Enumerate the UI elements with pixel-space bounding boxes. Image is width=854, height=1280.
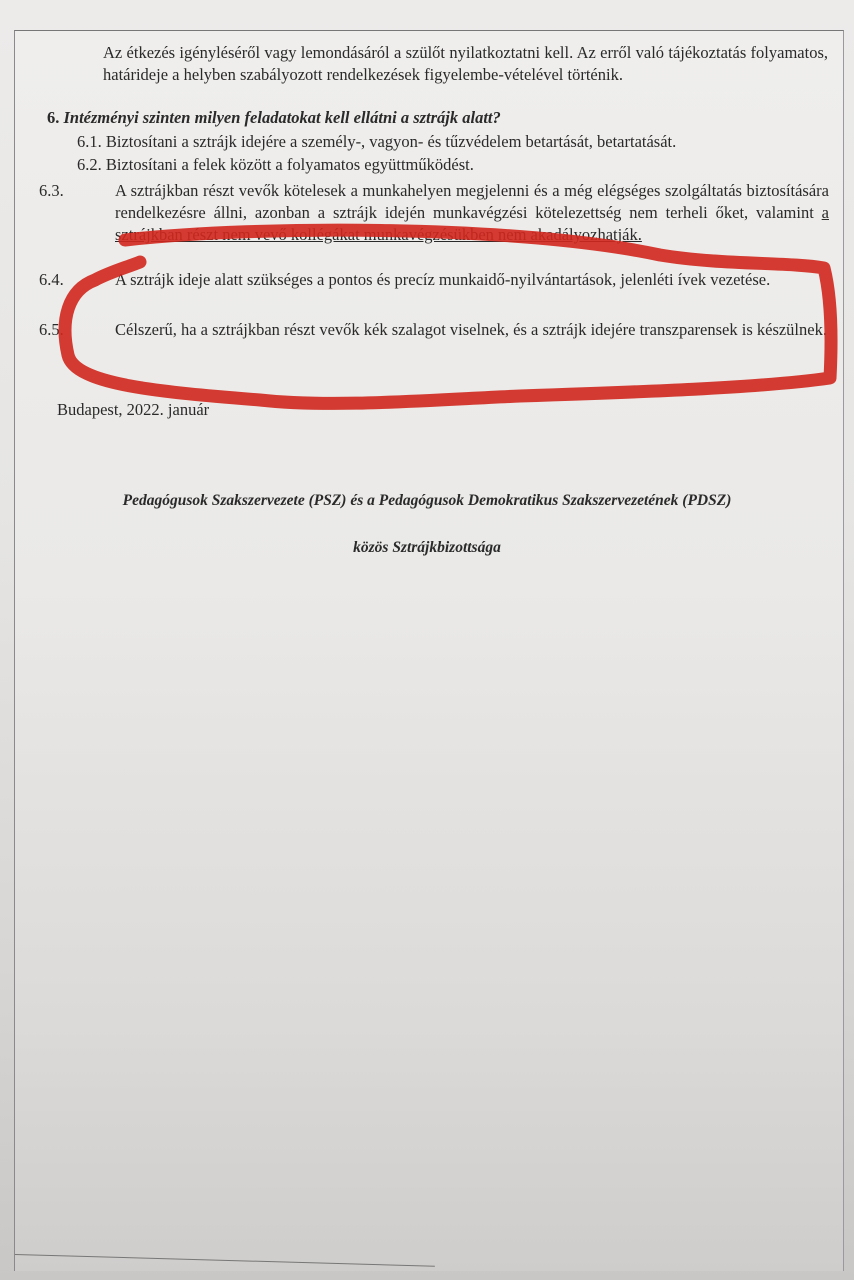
item-number: 6.3. xyxy=(77,180,115,202)
place-date: Budapest, 2022. január xyxy=(57,400,209,420)
section-heading: 6. Intézményi szinten milyen feladatokat… xyxy=(47,108,501,128)
intro-paragraph: Az étkezés igényléséről vagy lemondásáró… xyxy=(103,42,828,86)
list-item: 6.1. Biztosítani a sztrájk idejére a sze… xyxy=(77,131,829,153)
section-title: Intézményi szinten milyen feladatokat ke… xyxy=(64,108,501,127)
item-text: Biztosítani a sztrájk idejére a személy-… xyxy=(106,132,676,151)
list-item: 6.4.A sztrájk ideje alatt szükséges a po… xyxy=(77,269,829,291)
item-text: Biztosítani a felek között a folyamatos … xyxy=(106,155,474,174)
item-text: A sztrájkban részt vevők kötelesek a mun… xyxy=(115,181,829,222)
section-number: 6. xyxy=(47,108,59,127)
list-item: 6.2. Biztosítani a felek között a folyam… xyxy=(77,154,829,176)
item-number: 6.5. xyxy=(77,319,115,341)
signature-organizations: Pedagógusok Szakszervezete (PSZ) és a Pe… xyxy=(0,492,854,510)
signature-committee: közös Sztrájkbizottsága xyxy=(0,539,854,557)
list-item: 6.3.A sztrájkban részt vevők kötelesek a… xyxy=(77,180,829,246)
list-item: 6.5.Célszerű, ha a sztrájkban részt vevő… xyxy=(77,319,829,341)
item-number: 6.2. xyxy=(77,155,102,174)
item-text: Célszerű, ha a sztrájkban részt vevők ké… xyxy=(115,320,827,339)
item-number: 6.1. xyxy=(77,132,102,151)
item-number: 6.4. xyxy=(77,269,115,291)
item-text: A sztrájk ideje alatt szükséges a pontos… xyxy=(115,270,770,289)
